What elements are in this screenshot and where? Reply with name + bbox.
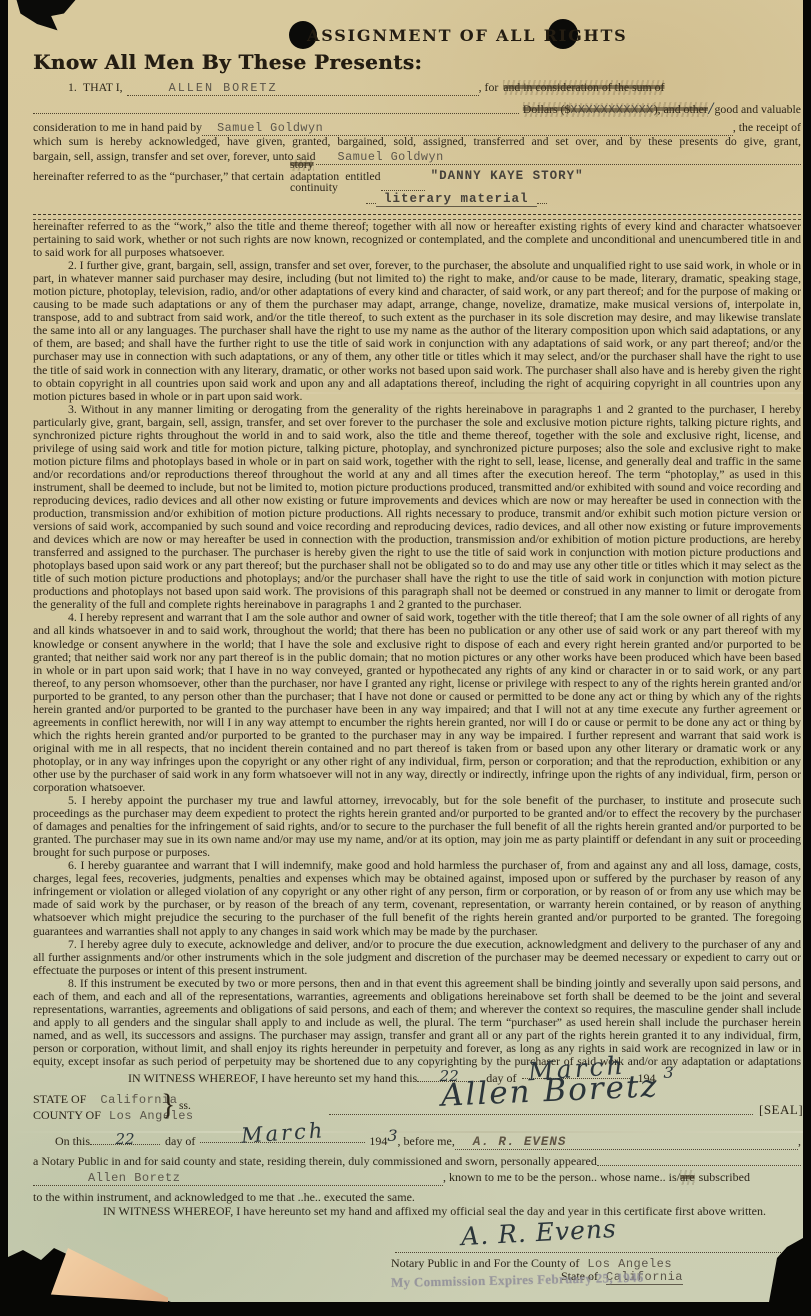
clause-1-number: 1. xyxy=(68,80,77,95)
clause-8: 8. If this instrument be executed by two… xyxy=(33,977,801,1068)
clause-2: 2. I further give, grant, bargain, sell,… xyxy=(33,259,801,403)
struck-dollars-label: Dollars ($ xyxy=(523,102,571,117)
before-me-label: , before me, xyxy=(398,1134,455,1149)
struck-and-other: ), and other xyxy=(654,102,708,117)
notary-day-of-label: day of xyxy=(165,1134,195,1149)
entitled-label: entitled xyxy=(345,169,380,184)
work-type-options: story adaptation continuity xyxy=(290,159,339,194)
known-prefix: , known to me to be the person.. whose n… xyxy=(443,1170,680,1185)
commissioned-line: a Notary Public in and for said county a… xyxy=(33,1154,597,1169)
struck-consideration-text: and in consideration of the sum of xyxy=(503,80,664,95)
opening-heading: Know All Men By These Presents: xyxy=(33,50,422,74)
dotted-leader xyxy=(537,203,547,204)
clause-7: 7. I hereby agree duly to execute, ackno… xyxy=(33,938,801,977)
notary-handwritten-month: March xyxy=(240,1126,325,1140)
insertion-caret-mark: / xyxy=(709,101,714,117)
appeared-name-field: Allen Boretz xyxy=(88,1171,180,1185)
dollars-x-field: XXXXXXXXXXX xyxy=(570,103,653,117)
notary-witness-line: IN WITNESS WHEREOF, I have hereunto set … xyxy=(103,1204,766,1218)
handwritten-year-digit: 3 xyxy=(664,1069,674,1077)
agreement-body: hereinafter referred to as the “work,” a… xyxy=(33,220,801,1068)
notary-name-field: A. R. EVENS xyxy=(473,1135,567,1149)
notary-signature-line xyxy=(395,1252,785,1253)
signature-line xyxy=(329,1114,753,1115)
known-suffix: subscribed xyxy=(699,1170,750,1185)
ss-label: ss. xyxy=(179,1100,191,1112)
instrument-line: to the within instrument, and acknowledg… xyxy=(33,1190,415,1205)
clause-1-that-i: THAT I, xyxy=(83,80,123,95)
document-page: ASSIGNMENT OF ALL RIGHTS Know All Men By… xyxy=(8,0,803,1302)
trailing-comma: , xyxy=(798,1134,801,1149)
county-label: COUNTY OF xyxy=(33,1108,101,1123)
dotted-leader xyxy=(381,190,425,191)
notary-handwritten-year-digit: 3 xyxy=(387,1132,397,1140)
state-label: STATE OF xyxy=(33,1092,86,1107)
notary-title-line: Notary Public in and For the County of xyxy=(391,1256,579,1271)
notary-signature: A. R. Evens xyxy=(460,1214,617,1251)
clause-4: 4. I hereby represent and warrant that I… xyxy=(33,611,801,794)
clause-5: 5. I hereby appoint the purchaser my tru… xyxy=(33,794,801,859)
paid-by-label: consideration to me in hand paid by xyxy=(33,120,202,135)
hereinafter-label: hereinafter referred to as the “purchase… xyxy=(33,169,284,184)
assignor-signature: Allen Boretz xyxy=(440,1071,659,1110)
struck-are: are xyxy=(680,1170,695,1185)
assignor-name-field: ALLEN BORETZ xyxy=(169,81,278,95)
scanned-photo: { "colors": { "background": "#070705", "… xyxy=(0,0,811,1316)
commission-expiry-stamp: My Commission Expires February 25, 1946 xyxy=(391,1269,671,1291)
ss-brace: } xyxy=(161,1088,175,1122)
on-this-label: On this xyxy=(55,1134,90,1149)
clause-6: 6. I hereby guarantee and warrant that I… xyxy=(33,859,801,937)
dotted-leader xyxy=(366,203,376,204)
notary-handwritten-day: 22 xyxy=(115,1135,134,1143)
material-type-field: literary material xyxy=(376,192,537,207)
for-label: , for xyxy=(479,80,499,95)
acknowledged-line: which sum is hereby acknowledged, have g… xyxy=(33,134,801,148)
dotted-leader xyxy=(33,113,519,114)
good-valuable-label: good and valuable xyxy=(715,102,801,117)
document-title: ASSIGNMENT OF ALL RIGHTS xyxy=(307,26,628,45)
dotted-leader xyxy=(597,1165,801,1166)
photo-backdrop: ASSIGNMENT OF ALL RIGHTS Know All Men By… xyxy=(0,0,811,1316)
witness-clause-label: IN WITNESS WHEREOF, I have hereunto set … xyxy=(128,1071,417,1086)
clause-3: 3. Without in any manner limiting or der… xyxy=(33,403,801,612)
seal-label: [SEAL] xyxy=(759,1102,803,1118)
payer-name-field: Samuel Goldwyn xyxy=(217,121,323,135)
execution-section: IN WITNESS WHEREOF, I have hereunto set … xyxy=(33,1066,801,1302)
paragraph-work-definition: hereinafter referred to as the “work,” a… xyxy=(33,220,801,259)
torn-corner-top-left xyxy=(14,0,78,32)
work-title-field: "DANNY KAYE STORY" xyxy=(431,169,584,183)
notary-year-printed: 194 xyxy=(369,1134,387,1149)
receipt-label: , the receipt of xyxy=(733,120,801,135)
